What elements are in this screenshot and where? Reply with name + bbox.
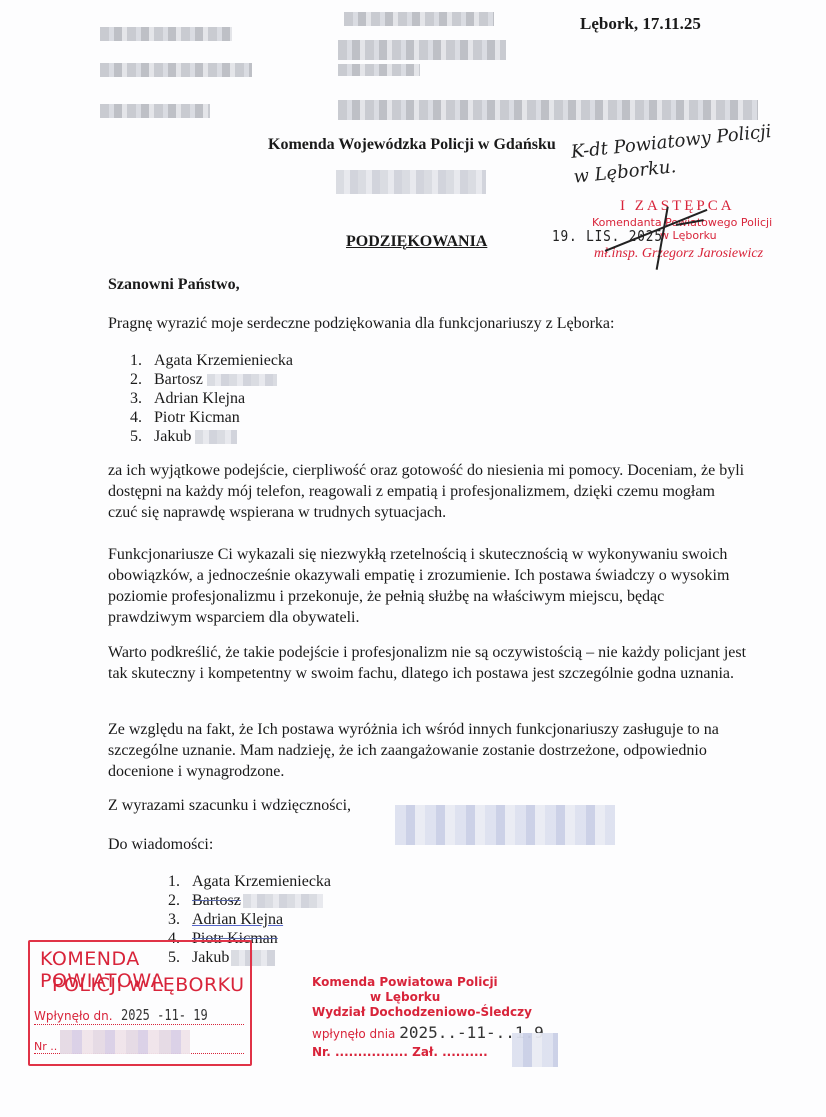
registry-stamp-left: KOMENDA POWIATOWA POLICJI w LĘBORKU Wpły… [28,940,252,1066]
list-item: 3.Adrian Klejna [130,389,293,408]
paragraph-1: za ich wyjątkowe podejście, cierpliwość … [108,460,748,523]
paragraph-2: Funkcjonariusze Ci wykazali się niezwykł… [108,544,748,628]
redacted-surname [195,430,237,444]
scanned-letter-page: Lębork, 17.11.25 Komenda Wojewódzka Poli… [0,0,826,1117]
deputy-stamp-line3: w Lęborku [660,229,717,242]
list-item: 1.Agata Krzemieniecka [168,872,331,891]
redacted-recipient-line2 [338,40,506,60]
received-date-stamp: 19. LIS. 2025 [552,227,663,245]
list-item: 1.Agata Krzemieniecka [130,351,293,370]
redacted-recipient-line4 [338,100,758,120]
stamp-right-line1: Komenda Powiatowa Policji [312,975,544,990]
redacted-sender-city [100,104,210,118]
redacted-stamp-initials [512,1033,558,1067]
redacted-recipient-line3 [338,64,420,76]
redacted-recipient-line1 [344,12,494,26]
department-stamp-right: Komenda Powiatowa Policji w Lęborku Wydz… [312,975,544,1060]
stamp-right-line3: Wydział Dochodzeniowo-Śledczy [312,1005,544,1020]
deputy-stamp-title: I ZASTĘPCA [620,198,735,215]
stamp-left-line2: POLICJI w LĘBORKU [52,974,245,996]
addressee: Komenda Wojewódzka Policji w Gdańsku [268,136,556,154]
redacted-surname [207,374,277,386]
stamp-right-nr: Nr. ................ Zał. .......... [312,1045,544,1060]
stamp-right-received: wpłynęło dnia 2025..-11-..1.9 [312,1025,544,1042]
list-item: 2.Bartosz [130,370,293,389]
handwritten-note: K-dt Powiatowy Policji w Lęborku. [570,121,775,188]
redacted-sender-street [100,63,252,77]
list-item: 3.Adrian Klejna [168,910,331,929]
salutation: Szanowni Państwo, [108,276,240,294]
stamp-right-line2: w Lęborku [312,990,544,1005]
redacted-registry-number [60,1030,190,1054]
list-item: 4.Piotr Kicman [130,408,293,427]
redacted-surname [243,894,323,908]
stamp-left-received: Wpłynęło dn.2025 -11- 19 [34,1006,244,1025]
letter-title: PODZIĘKOWANIA [346,233,487,251]
list-item: 2.Bartosz [168,891,331,910]
list-item: 5.Jakub [130,427,293,446]
paragraph-3: Warto podkreślić, że takie podejście i p… [108,642,748,684]
redacted-sender-name [100,27,232,41]
stamp-left-date: 2025 -11- 19 [121,1006,208,1024]
redacted-under-addressee [336,170,486,194]
deputy-stamp-name: mł.insp. Grzegorz Jarosiewicz [594,246,763,262]
paragraph-4: Ze względu na fakt, że Ich postawa wyróż… [108,719,748,782]
cc-label: Do wiadomości: [108,834,748,855]
place-date: Lębork, 17.11.25 [580,14,701,34]
officer-list: 1.Agata Krzemieniecka 2.Bartosz 3.Adrian… [130,351,293,446]
intro-paragraph: Pragnę wyrazić moje serdeczne podziękowa… [108,313,748,334]
